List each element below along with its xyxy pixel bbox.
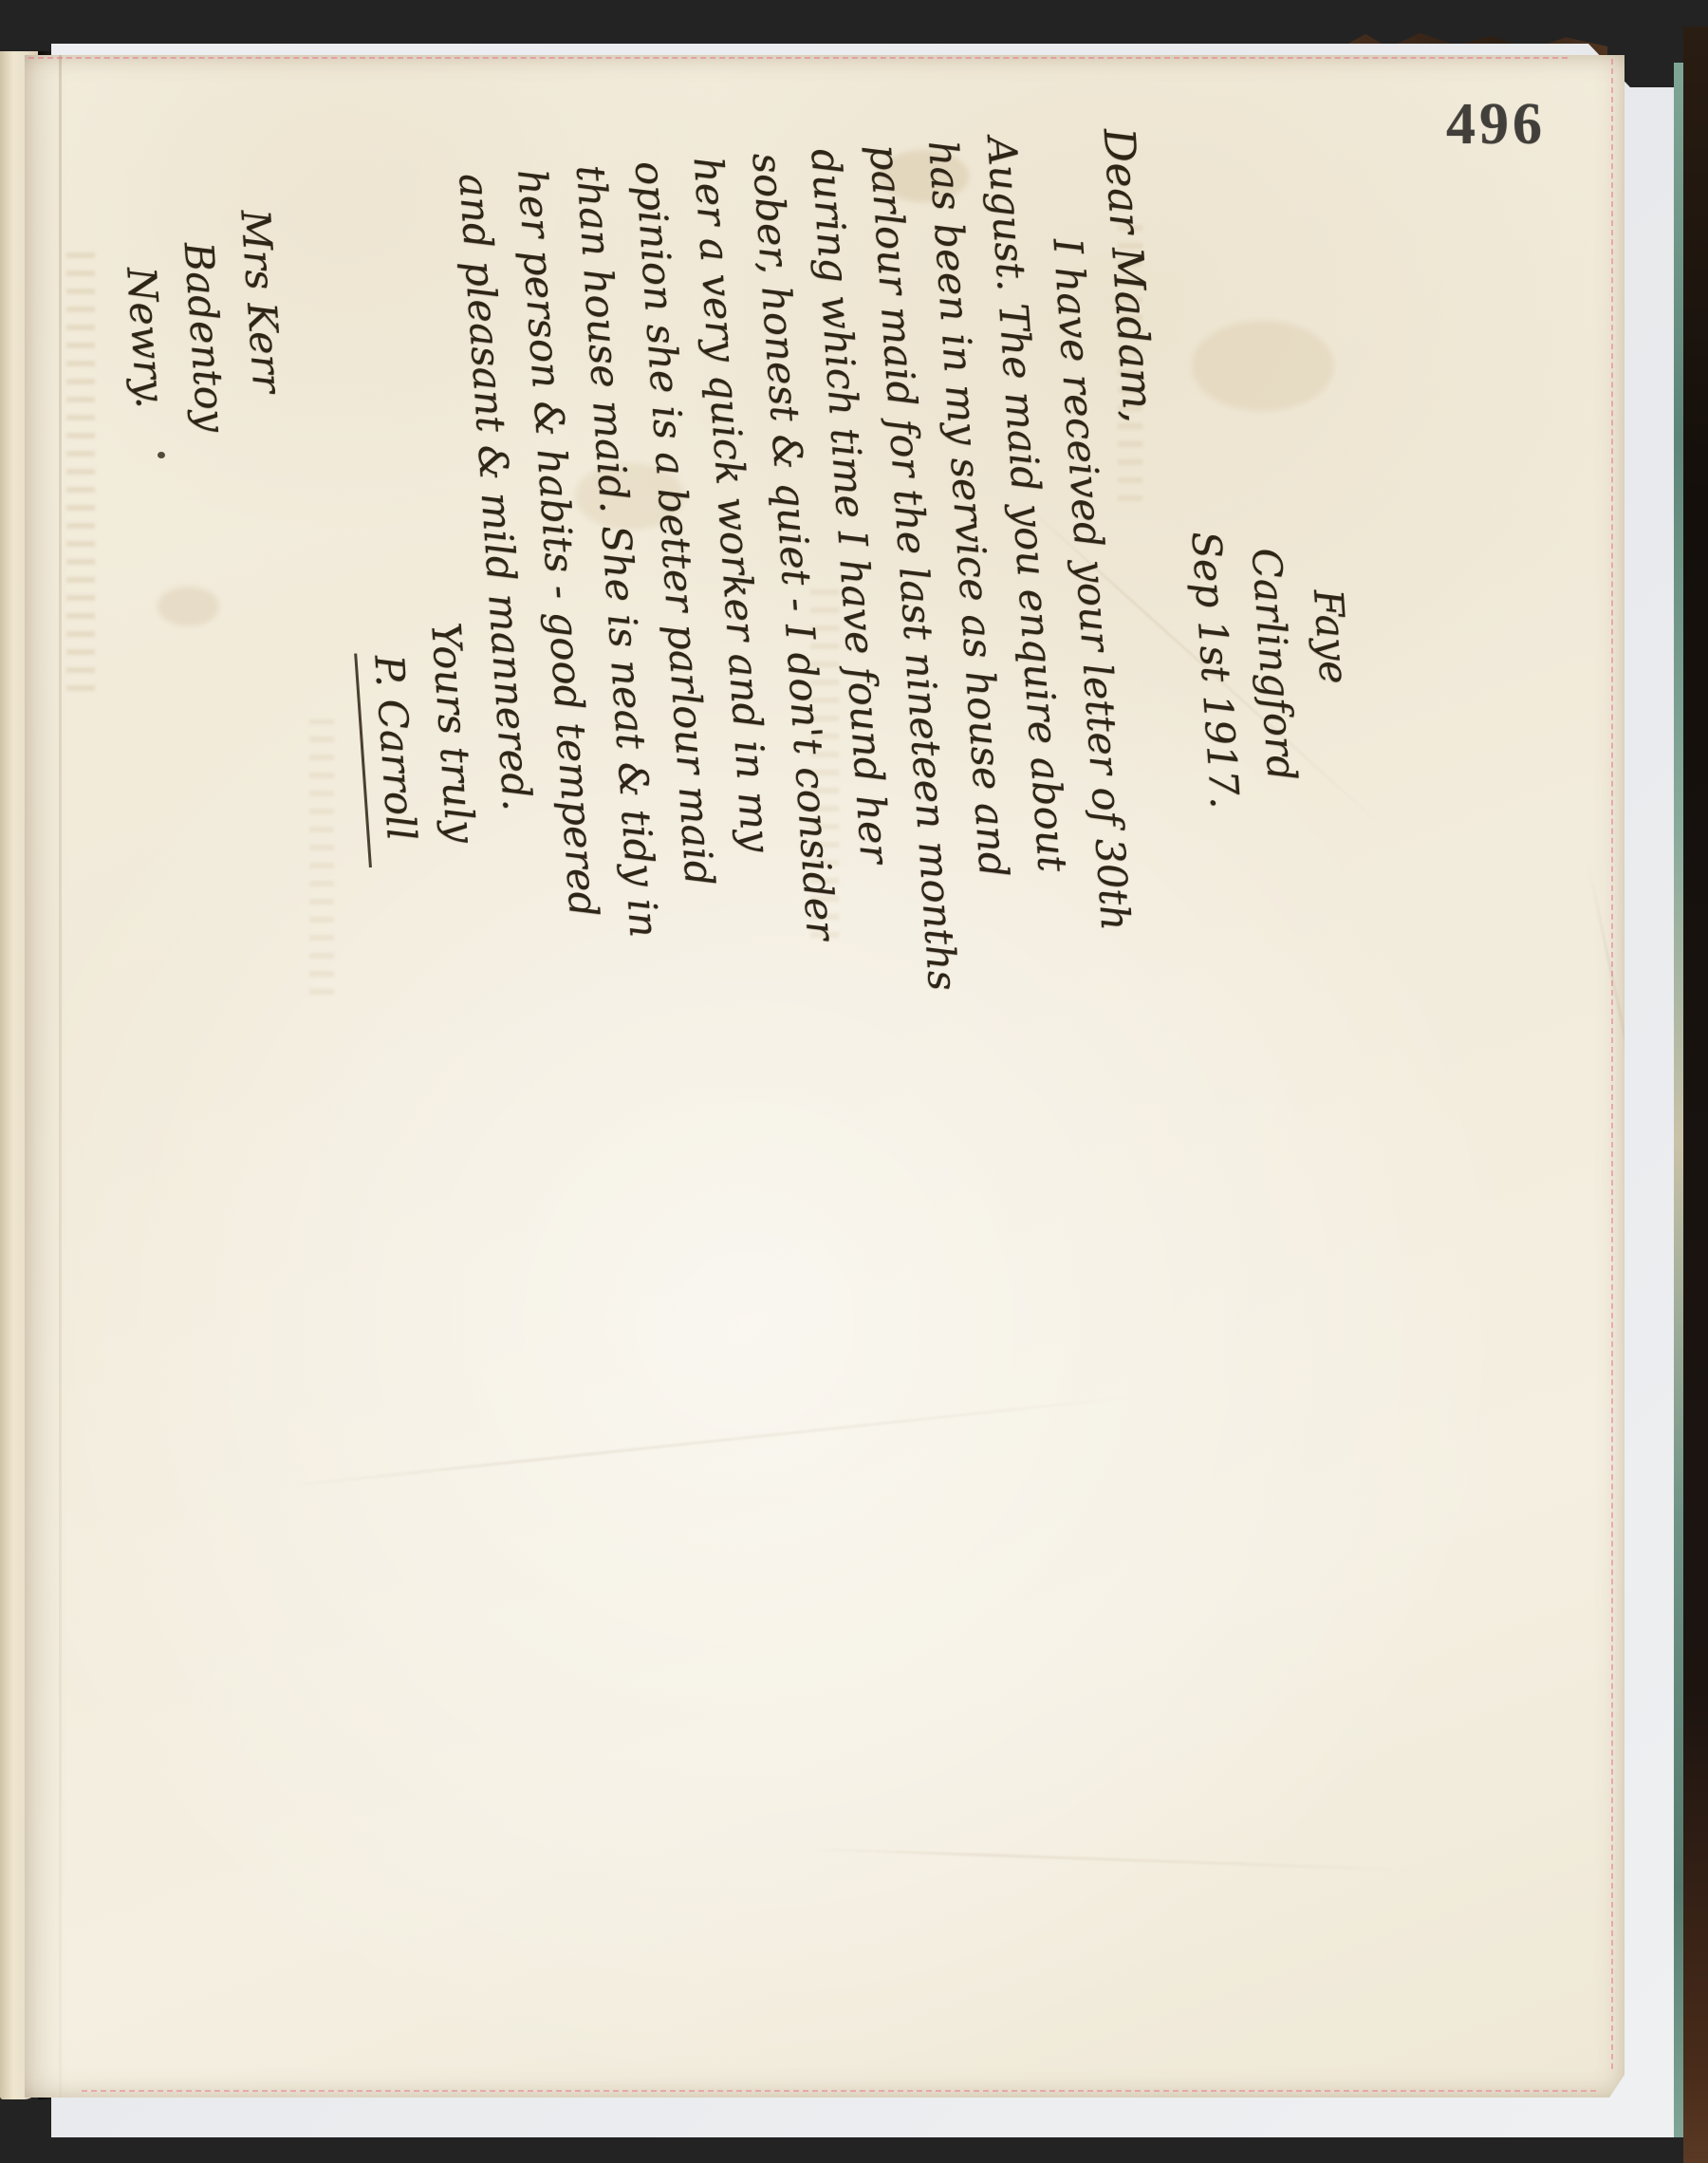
paper-crease [803,1848,1410,1871]
scanned-book-spread: 496 Faye Carlingford Sep 1st 1917. Dear … [0,0,1708,2163]
handwritten-letter: Faye Carlingford Sep 1st 1917. Dear Mada… [106,114,1392,1184]
red-margin-rule-top [28,57,1568,59]
folio-number-stamp: 496 [1446,91,1546,158]
paper-crease [1586,857,1624,1247]
red-margin-rule-bottom [82,2090,1596,2092]
ghost-ink [66,245,95,691]
leather-binding [1683,27,1708,2163]
gutter-fold-crease [59,55,62,2098]
letter-page: 496 Faye Carlingford Sep 1st 1917. Dear … [25,55,1624,2098]
red-margin-rule-right [1611,59,1613,2069]
paper-crease [273,1395,1142,1488]
